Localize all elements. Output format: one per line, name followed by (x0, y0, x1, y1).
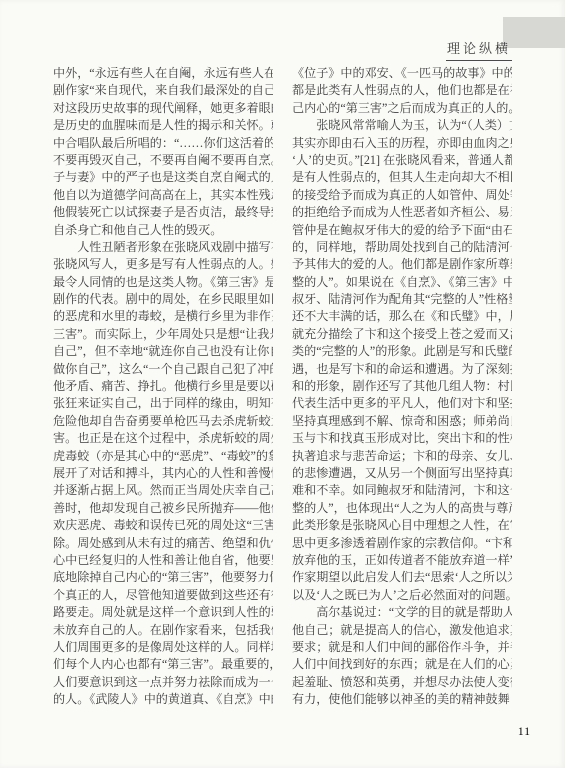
text-line: 起羞耻、愤怒和英勇，并想尽办法使人变得高尚 (292, 674, 512, 691)
text-line: 除。周处感到从未有过的痛苦、绝望和仇恨。但 (53, 535, 273, 552)
text-line: 人们中间找到好的东西；就是在人们的心灵中唤 (292, 656, 512, 673)
text-line: 剧作的代表。剧中的周处，在乡民眼里如同山上 (53, 291, 273, 308)
text-line: 对这段历史故事的现代阐释，她更多着眼的，不 (53, 100, 273, 117)
text-line: 玉与卞和找真玉形成对比，突出卞和的性格及其 (292, 430, 512, 447)
text-line: 做你自己”，这么“一个自己跟自己犯了冲的人”。 (53, 361, 273, 378)
text-line: 剧作家“来自现代，来自我们最深处的自己”而 (53, 82, 273, 99)
text-line: 危险他却自告奋勇要单枪匹马去杀虎斩蛟为民除 (53, 413, 273, 430)
text-line: 遇，也是写卞和的命运和遭遇。为了深刻描绘卞 (292, 361, 512, 378)
text-line: 是历史的血腥味而是人性的揭示和关怀。就像剧 (53, 117, 273, 134)
scanned-book-page: 理论纵横 中外，“永远有些人在自阉，永远有些人在自烹。”剧作家“来自现代，来自我… (0, 0, 565, 768)
text-line: 的，同样地，帮助周处找到自己的陆清河也是给 (292, 239, 512, 256)
text-line: 自己”，但不幸地“就连你自己也没有让你自己 (53, 343, 273, 360)
text-line: ‘人’的史页。”[21] 在张晓风看来，普通人都 (292, 152, 512, 169)
text-line: 叔牙、陆清河作为配角其“完整的人”性格塑造 (292, 291, 512, 308)
text-line: 自杀身亡和他自己人性的毁灭。 (53, 222, 273, 239)
text-line: 不要再毁灭自己，不要再自阉不要再自烹。”《严 (53, 152, 273, 169)
text-line: 张晓风常常喻人为玉，认为“（人类）文明 (292, 117, 512, 134)
text-body: 中外，“永远有些人在自阉，永远有些人在自烹。”剧作家“来自现代，来自我们最深处的… (53, 65, 513, 708)
text-line: 其实亦即由石入玉的历程，亦即由血肉之躯成为 (292, 135, 512, 152)
text-line: 是有人性弱点的，但其人生走向却大不相同：有 (292, 169, 512, 186)
text-line: 子与妻》中的严子也是这类自烹自阉式的人物。 (53, 169, 273, 186)
page-number: 11 (518, 726, 531, 738)
text-line: 中合唱队最后所唱的：“……你们这活着的人， (53, 135, 273, 152)
text-line: 最令人同情的也是这类人物。《第三害》是此类 (53, 274, 273, 291)
text-column-right: 《位子》中的邓安、《一匹马的故事》中的大旺等，都是此类有人性弱点的人，他们也都是… (292, 65, 512, 708)
text-line: 难和不幸。如同鲍叔牙和陆清河，卞和这个“完 (292, 482, 512, 499)
text-line: 他自己；就是提高人的信心，激发他追求真理的 (292, 622, 512, 639)
text-line: 张狂来证实自己，出于同样的缘由，明知有性命 (53, 395, 273, 412)
text-line: 虎毒蛟（亦是其心中的“恶虎”、“毒蛟”的象征） (53, 448, 273, 465)
text-line: 并逐渐占据上风。然而正当周处庆幸自己离恶归 (53, 482, 273, 499)
text-line: 执著追求与悲苦命运；卞和的母亲、女儿、妻子 (292, 448, 512, 465)
text-line: 张晓风写人，更多是写有人性弱点的人。她笔下 (53, 256, 273, 273)
text-line: 中外，“永远有些人在自阉，永远有些人在自烹。” (53, 65, 273, 82)
text-line: 欢庆恶虎、毒蛟和误传已死的周处这“三害”被 (53, 517, 273, 534)
text-line: 都是此类有人性弱点的人，他们也都是在祛除自 (292, 82, 512, 99)
text-line: 《位子》中的邓安、《一匹马的故事》中的大旺等， (292, 65, 512, 82)
text-line: 三害”。而实际上，少年周处只是想“让我是我 (53, 326, 273, 343)
text-line: 他自以为道德学问高高在上，其实本性残忍冷酷， (53, 187, 273, 204)
text-line: 的拒绝给予而成为人性恶者如齐桓公、易牙等。 (292, 204, 512, 221)
section-header: 理论纵横 (446, 38, 512, 61)
text-line: 要求；就是和人们中间的鄙俗作斗争，并善于在 (292, 639, 512, 656)
text-line: 们每个人内心也都有“第三害”。最重要的，是 (53, 656, 273, 673)
text-line: 的人。《武陵人》中的黄道真、《自烹》中的管仲、 (53, 691, 273, 708)
text-line: 坚持真理感到不解、惊奇和困惑；师弟尚氏做假 (292, 413, 512, 430)
text-line: 思中更多渗透着剧作家的宗教信仰。“卞和不能 (292, 535, 512, 552)
text-column-left: 中外，“永远有些人在自阉，永远有些人在自烹。”剧作家“来自现代，来自我们最深处的… (53, 65, 273, 708)
text-line: 有力，使他们能够以神圣的美的精神鼓舞自己的 (292, 691, 512, 708)
text-line: 代表生活中更多的平凡人，他们对卞和坚持美玉 (292, 395, 512, 412)
header-corner-block (503, 17, 565, 48)
text-line: 的悲惨遭遇，又从另一个侧面写出坚持真理的受 (292, 465, 512, 482)
text-line: 还不大丰满的话，那么在《和氏璧》中，剧作家 (292, 308, 512, 325)
text-line: 底地除掉自己内心的“第三害”，他要努力做一 (53, 569, 273, 586)
text-line: 己内心的“第三害”之后而成为真正的人的。 (292, 100, 512, 117)
text-line: 未放弃自己的人。在剧作家看来，包括我们自己， (53, 622, 273, 639)
text-line: 予其伟大的爱的人。他们都是剧作家所尊崇的“完 (292, 256, 512, 273)
text-line: 人们要意识到这一点并努力祛除而成为一个真正 (53, 674, 273, 691)
text-line: 高尔基说过：“文学的目的就是帮助人了解 (292, 604, 512, 621)
text-line: 此类形象是张晓风心目中理想之人性，在审美沉 (292, 517, 512, 534)
text-line: 放弃他的玉，正如传道者不能放弃道一样”，剧 (292, 552, 512, 569)
text-line: 类的“完整的人”的形象。此剧是写和氏璧的遭 (292, 343, 512, 360)
text-line: 人性丑陋者形象在张晓风戏剧中描写不多， (53, 239, 273, 256)
text-line: 路要走。周处就是这样一个意识到人性的弱点而 (53, 604, 273, 621)
text-line: 害。也正是在这个过程中，杀虎斩蛟的周处与恶 (53, 430, 273, 447)
text-line: 整的人”，也体现出“人之为人的高贵与尊严”。 (292, 500, 512, 517)
text-line: 和的形象，剧作还写了其他几组人物：村民世俗， (292, 378, 512, 395)
text-line: 个真正的人，尽管他知道要做到这些还有很长的 (53, 587, 273, 604)
text-line: 就充分描绘了卞和这个接受上苍之爱而又深爱人 (292, 326, 512, 343)
text-line: 他假装死亡以试探妻子是否贞洁，最终导致妻子 (53, 204, 273, 221)
text-line: 心中已经复归的人性和善让他自省，他要坚毅彻 (53, 552, 273, 569)
text-line: 的恶虎和水里的毒蛟，是横行乡里为非作歹的“第 (53, 308, 273, 325)
text-line: 管仲是在鲍叔牙伟大的爱的给予下面“由石入玉” (292, 222, 512, 239)
text-line: 展开了对话和搏斗，其内心的人性和善慢慢苏醒 (53, 465, 273, 482)
text-line: 整的人”。如果说在《自烹》、《第三害》中鲍 (292, 274, 512, 291)
text-line: 他矛盾、痛苦、挣扎。他横行乡里是要以破坏性 (53, 378, 273, 395)
text-line: 的接受给予而成为真正的人如管仲、周处等，有 (292, 187, 512, 204)
text-line: 作家期望以此启发人们去“思索‘人之所以为人’ (292, 569, 512, 586)
text-line: 以及‘人之既已为人’之后必然面对的问题。”[22] (292, 587, 512, 604)
text-line: 善时，他却发现自己被乡民所抛弃——他们正在 (53, 500, 273, 517)
text-line: 人们周围更多的是像周处这样的人。同样地，我 (53, 639, 273, 656)
